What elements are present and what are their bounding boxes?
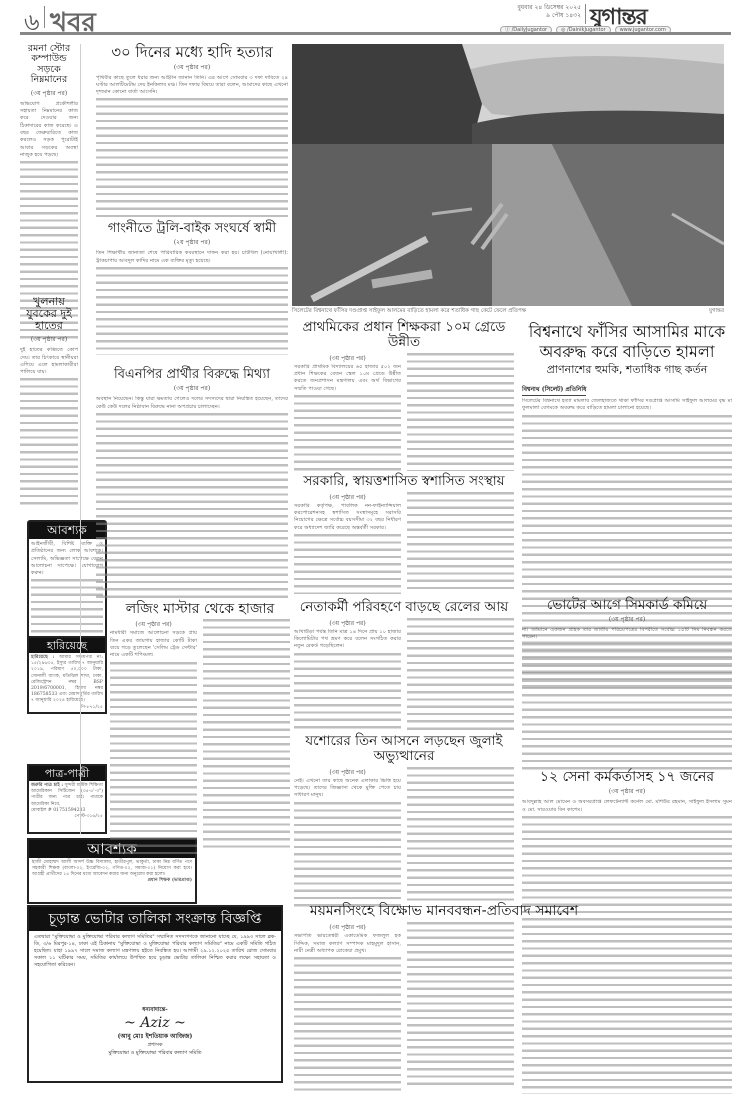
- headline: বিএনপির প্রার্থীর বিরুদ্ধে মিথ্যা: [96, 368, 288, 382]
- header-rule: [20, 32, 731, 35]
- classified-title: পাত্র-পাত্রী: [29, 766, 105, 781]
- continued-note: (৩য় পৃষ্ঠার পর): [20, 334, 78, 345]
- article-columns: (৩য় পৃষ্ঠার পর) নামধারী সমাজে আলোচনা সড…: [110, 619, 290, 855]
- edition-date: বুধবার ২৪ ডিসেম্বর ২০২৫ ৯ পৌষ ১৪৩২: [517, 4, 581, 20]
- section-title: খবর: [50, 2, 96, 46]
- classified-body: আইনজীবী, বিশিষ্ট ব্যক্তি ও প্রতিষ্ঠানের …: [29, 539, 105, 645]
- article-body: নামধারী সমাজে আলোচনা সড়কে প্রায় তিন এক…: [110, 630, 197, 855]
- divider: [585, 4, 586, 24]
- article-body: তিন শিক্ষার্থীর জানাজা শেষে পারিবারিক কব…: [96, 250, 288, 360]
- continued-note: (৩য় পৃষ্ঠার পর): [294, 353, 401, 364]
- article-mymensingh: ময়মনসিংহে বিক্ষোভ মানববন্ধন-প্রতিবাদ সম…: [294, 904, 594, 1093]
- continued-note: (৩য় পৃষ্ঠার পর): [294, 492, 401, 503]
- article-gangni: গাংনীতে ট্রলি-বাইক সংঘর্ষে স্বামী (২য় প…: [96, 222, 288, 360]
- headline: ১২ সেনা কর্মকর্তাসহ ১৭ জনের: [522, 770, 732, 785]
- classified-body: হাজী মোহাম্মদ আলী আদর্শ উচ্চ বিদ্যালয়, …: [29, 858, 195, 902]
- article-body: আখাউড়া পর্যন্ত তিনি মাত্র ১৪ দিনে প্রায…: [294, 629, 401, 737]
- signatory-org: মুক্তিযোদ্ধা ও মুক্তিযোদ্ধা পরিবার কল্যা…: [29, 1050, 281, 1058]
- article-body: সভাপতি ভারতেশ্বরী একাডেমিক ফজলুল হক সিদ্…: [294, 933, 401, 1093]
- classified-wanted-small: আবশ্যক আইনজীবী, বিশিষ্ট ব্যক্তি ও প্রতিষ…: [27, 520, 107, 648]
- article-body: অবস্থান নিয়েছেন। কিন্তু যারা ক্ষমতায় গ…: [96, 396, 288, 606]
- classified-matrimonial: পাত্র-পাত্রী জরুরি পাত্র চাই : সুন্দরী ধ…: [27, 764, 107, 834]
- article-hadi: ৩০ দিনের মধ্যে হাদি হত্যার (৩য় পৃষ্ঠার …: [96, 44, 288, 223]
- article-columns: (৩য় পৃষ্ঠার পর) সরকারি প্রাথমিক বিদ্যাল…: [294, 353, 514, 474]
- article-body: পৃথিবীর কাছে তুলে ধরার জন্য আহ্বান জানান…: [96, 75, 288, 223]
- continued-note: (৩য় পৃষ্ঠার পর): [110, 619, 197, 630]
- article-body: সরকারি কর্তৃপক্ষ, পাবলিক নন-ফাইন্যান্সিয…: [294, 503, 401, 598]
- article-columns: (৩য় পৃষ্ঠার পর) সরকারি কর্তৃপক্ষ, পাবলি…: [294, 492, 514, 598]
- article-khulna: খুলনায় যুবকের দুই হাতের (৩য় পৃষ্ঠার পর…: [20, 296, 78, 512]
- article-jessore: যশোরের তিন আসনে লড়ছেন জুলাই অভ্যুত্থানে…: [294, 734, 514, 908]
- classified-body: জরুরি পাত্র চাই : সুন্দরী ধার্মিক শিক্ষি…: [29, 781, 105, 833]
- classified-title: হারিয়েছে: [29, 638, 105, 653]
- photo-credit: যুগান্তর: [709, 308, 724, 316]
- deforestation-image: [292, 44, 724, 306]
- headline: বিশ্বনাথে ফাঁসির আসামির মাকে অবরুদ্ধ করে…: [522, 322, 732, 362]
- headline: রমনা স্টোর কম্পাউন্ড সড়কে নিম্নমানের: [20, 44, 78, 86]
- article-body: নেই। এখনো তার কাছে অনেক এলাকার ভিত্তি হয…: [294, 778, 401, 908]
- classified-title: আবশ্যক: [29, 522, 105, 539]
- date-bangla: ৯ পৌষ ১৪৩২: [517, 12, 581, 20]
- continued-note: (৩য় পৃষ্ঠার পর): [294, 767, 401, 778]
- signatory-role: প্রশাসক: [29, 1042, 281, 1050]
- classified-body: হারিয়েছে : আমার সঞ্চয়পত্র নং: ১৫/২৯৬৩৫…: [29, 653, 105, 713]
- headline: যশোরের তিন আসনে লড়ছেন জুলাই অভ্যুত্থানে…: [294, 734, 514, 764]
- article-sarkari: সরকারি, স্বায়ত্তশাসিত স্বশাসিত সংস্থায়…: [294, 474, 514, 598]
- continued-note: (৩য় পৃষ্ঠার পর): [96, 383, 288, 394]
- headline: ৩০ দিনের মধ্যে হাদি হত্যার: [96, 44, 288, 61]
- notice-signature-block: ধন্যবাদান্তে- ~ Aziz ~ (আবু মোঃ ইশতিয়াক…: [29, 1007, 281, 1058]
- headline: নেতাকর্মী পরিবহণে বাড়ছে রেলের আয়: [294, 600, 514, 615]
- closing: ধন্যবাদান্তে-: [29, 1007, 281, 1015]
- byline: বিশ্বনাথ (সিলেট) প্রতিনিধি: [522, 384, 586, 396]
- article-body: সরকারি প্রাথমিক বিদ্যালয়ের ৬৫ হাজার ৫০২…: [294, 364, 401, 474]
- continued-note: (৩য় পৃষ্ঠার পর): [522, 786, 732, 797]
- article-lodging: লজিং মাস্টার থেকে হাজার (৩য় পৃষ্ঠার পর)…: [110, 602, 290, 855]
- headline: ময়মনসিংহে বিক্ষোভ মানববন্ধন-প্রতিবাদ সম…: [294, 904, 594, 919]
- article-primary: প্রাথমিকের প্রধান শিক্ষকরা ১০ম গ্রেডে উন…: [294, 320, 514, 474]
- headline: সরকারি, স্বায়ত্তশাসিত স্বশাসিত সংস্থায়: [294, 474, 514, 489]
- article-columns: (৩য় পৃষ্ঠার পর) সভাপতি ভারতেশ্বরী একাডে…: [294, 922, 594, 1093]
- headline: প্রাথমিকের প্রধান শিক্ষকরা ১০ম গ্রেডে উন…: [294, 320, 514, 350]
- article-simcard: ভোটের আগে সিমকার্ড কমিয়ে (৩য় পৃষ্ঠার প…: [522, 598, 732, 777]
- headline: ভোটের আগে সিমকার্ড কমিয়ে: [522, 598, 732, 613]
- masthead: ৬ খবর বুধবার ২৪ ডিসেম্বর ২০২৫ ৯ পৌষ ১৪৩২…: [0, 0, 751, 36]
- continued-note: (৩য় পৃষ্ঠার পর): [294, 618, 401, 629]
- headline: গাংনীতে ট্রলি-বাইক সংঘর্ষে স্বামী: [96, 222, 288, 236]
- news-photo: [292, 44, 724, 306]
- classified-lost: হারিয়েছে হারিয়েছে : আমার সঞ্চয়পত্র নং…: [27, 636, 107, 714]
- continued-note: (৩য় পৃষ্ঠার পর): [522, 614, 732, 625]
- continued-note: (৩য় পৃষ্ঠার পর): [20, 88, 78, 99]
- signatory-name: (আবু মোঃ ইশতিয়াক আজিজ): [29, 1031, 281, 1042]
- continued-note: (৩য় পৃষ্ঠার পর): [96, 62, 288, 73]
- subheadline: প্রাণনাশের হুমকি, শতাধিক গাছ কর্তন: [522, 364, 732, 376]
- page-number: ৬: [24, 4, 40, 44]
- divider: [44, 6, 45, 28]
- article-body: দুই হাতের কব্জিতে কোপ দেয়। তার চিৎকারে …: [20, 347, 78, 512]
- notice-title: চূড়ান্ত ভোটার তালিকা সংক্রান্ত বিজ্ঞপ্ত…: [29, 907, 281, 931]
- article-columns: (৩য় পৃষ্ঠার পর) নেই। এখনো তার কাছে অনেক…: [294, 767, 514, 908]
- article-bnp: বিএনপির প্রার্থীর বিরুদ্ধে মিথ্যা (৩য় প…: [96, 368, 288, 606]
- voter-list-notice: চূড়ান্ত ভোটার তালিকা সংক্রান্ত বিজ্ঞপ্ত…: [27, 905, 283, 1083]
- signature: ~ Aziz ~: [29, 1015, 281, 1031]
- notice-body: এতদ্বারা "মুক্তিযোদ্ধা ও মুক্তিযোদ্ধা পর…: [29, 931, 281, 1005]
- article-rail: নেতাকর্মী পরিবহণে বাড়ছে রেলের আয় (৩য় …: [294, 600, 514, 737]
- headline: খুলনায় যুবকের দুই হাতের: [20, 296, 78, 332]
- photo-caption: সিলেটের বিশ্বনাথে ফাঁসির দণ্ডপ্রাপ্ত সাই…: [292, 308, 724, 316]
- date-gregorian: বুধবার ২৪ ডিসেম্বর ২০২৫: [517, 4, 581, 12]
- column-rule: [80, 44, 81, 834]
- continued-note: (৩য় পৃষ্ঠার পর): [294, 922, 401, 933]
- continued-note: (২য় পৃষ্ঠার পর): [96, 237, 288, 248]
- headline: লজিং মাস্টার থেকে হাজার: [110, 602, 290, 617]
- article-columns: (৩য় পৃষ্ঠার পর) আখাউড়া পর্যন্ত তিনি মা…: [294, 618, 514, 737]
- article-body: না। বর্তমানে একজন গ্রাহক তার জাতীয় পরিচ…: [522, 627, 732, 777]
